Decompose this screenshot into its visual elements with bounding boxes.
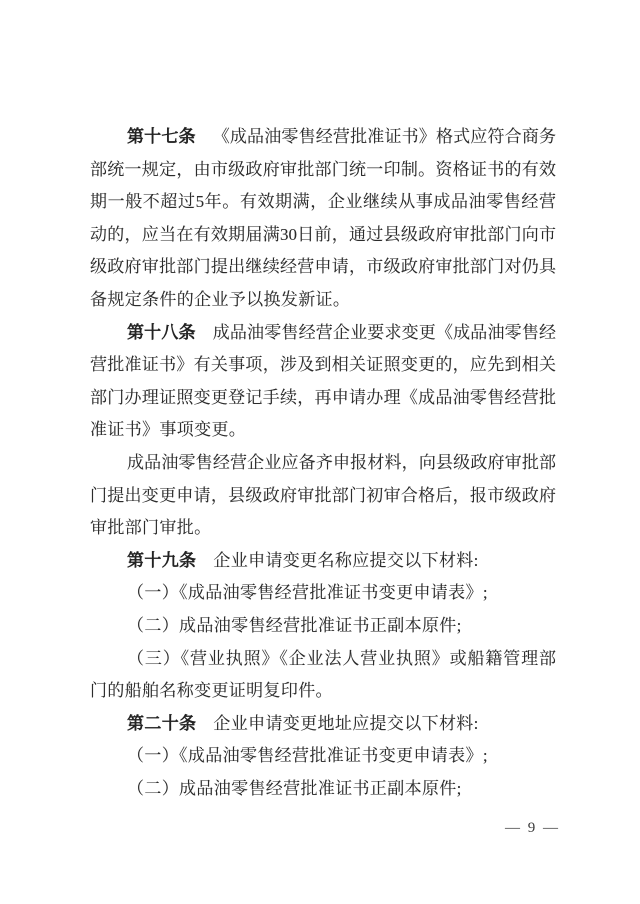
- paragraph-line: 成品油零售经营企业应备齐申报材料，向县级政府审批部: [90, 447, 556, 480]
- article-18-number: 第十八条: [127, 323, 196, 342]
- line-text: 成品油零售经营企业要求变更《成品油零售经: [213, 323, 556, 342]
- line-text: 部门办理证照变更登记手续，再申请办理《成品油零售经营批: [90, 388, 556, 407]
- list-item-line: （二）成品油零售经营批准证书正副本原件;: [90, 610, 556, 643]
- line-text: （三）《营业执照》《企业法人营业执照》或船籍管理部: [127, 649, 556, 668]
- document-body: 第十七条《成品油零售经营批准证书》格式应符合商务 部统一规定，由市级政府审批部门…: [90, 121, 556, 805]
- paragraph-line: 部门办理证照变更登记手续，再申请办理《成品油零售经营批: [90, 382, 556, 415]
- line-text: 部统一规定，由市级政府审批部门统一印制。资格证书的有效: [90, 160, 556, 179]
- list-item-line: （二）成品油零售经营批准证书正副本原件;: [90, 773, 556, 806]
- line-text: 动的，应当在有效期届满30日前，通过县级政府审批部门向市: [90, 225, 556, 244]
- paragraph-line: 第二十条企业申请变更地址应提交以下材料:: [90, 708, 556, 741]
- line-text: 级政府审批部门提出继续经营申请，市级政府审批部门对仍具: [90, 257, 556, 276]
- paragraph-line: 级政府审批部门提出继续经营申请，市级政府审批部门对仍具: [90, 251, 556, 284]
- paragraph-line: 第十七条《成品油零售经营批准证书》格式应符合商务: [90, 121, 556, 154]
- line-text: 企业申请变更地址应提交以下材料:: [213, 714, 478, 733]
- paragraph-line: 期一般不超过5年。有效期满，企业继续从事成品油零售经营活: [90, 186, 556, 219]
- line-text: 成品油零售经营企业应备齐申报材料，向县级政府审批部: [127, 453, 556, 472]
- line-text: 企业申请变更名称应提交以下材料:: [213, 551, 478, 570]
- paragraph-line: 营批准证书》有关事项，涉及到相关证照变更的，应先到相关: [90, 349, 556, 382]
- document-page: 第十七条《成品油零售经营批准证书》格式应符合商务 部统一规定，由市级政府审批部门…: [0, 0, 640, 904]
- paragraph-line: 准证书》事项变更。: [90, 414, 556, 447]
- line-text: （二）成品油零售经营批准证书正副本原件;: [127, 779, 462, 798]
- paragraph-line: 备规定条件的企业予以换发新证。: [90, 284, 556, 317]
- paragraph-line: 第十九条企业申请变更名称应提交以下材料:: [90, 545, 556, 578]
- line-text: （一）《成品油零售经营批准证书变更申请表》;: [127, 746, 488, 765]
- line-text: 门提出变更申请，县级政府审批部门初审合格后，报市级政府: [90, 486, 556, 505]
- paragraph-line: 审批部门审批。: [90, 512, 556, 545]
- line-text: 门的船舶名称变更证明复印件。: [90, 681, 333, 700]
- line-text: （一）《成品油零售经营批准证书变更申请表》;: [127, 583, 488, 602]
- line-text: 《成品油零售经营批准证书》格式应符合商务: [213, 127, 556, 146]
- line-text: 营批准证书》有关事项，涉及到相关证照变更的，应先到相关: [90, 355, 556, 374]
- article-19-number: 第十九条: [127, 551, 196, 570]
- line-text: 准证书》事项变更。: [90, 420, 246, 439]
- list-item-line: （三）《营业执照》《企业法人营业执照》或船籍管理部: [90, 643, 556, 676]
- paragraph-line: 门提出变更申请，县级政府审批部门初审合格后，报市级政府: [90, 480, 556, 513]
- article-20-number: 第二十条: [127, 714, 196, 733]
- list-item-line: （一）《成品油零售经营批准证书变更申请表》;: [90, 577, 556, 610]
- line-text: 审批部门审批。: [90, 518, 211, 537]
- line-text: 期一般不超过5年。有效期满，企业继续从事成品油零售经营活: [90, 192, 556, 219]
- paragraph-line: 门的船舶名称变更证明复印件。: [90, 675, 556, 708]
- paragraph-line: 动的，应当在有效期届满30日前，通过县级政府审批部门向市: [90, 219, 556, 252]
- page-number: — 9 —: [505, 820, 560, 837]
- list-item-line: （一）《成品油零售经营批准证书变更申请表》;: [90, 740, 556, 773]
- line-text: 备规定条件的企业予以换发新证。: [90, 290, 350, 309]
- paragraph-line: 第十八条成品油零售经营企业要求变更《成品油零售经: [90, 317, 556, 350]
- paragraph-line: 部统一规定，由市级政府审批部门统一印制。资格证书的有效: [90, 154, 556, 187]
- line-text: （二）成品油零售经营批准证书正副本原件;: [127, 616, 462, 635]
- article-17-number: 第十七条: [127, 127, 196, 146]
